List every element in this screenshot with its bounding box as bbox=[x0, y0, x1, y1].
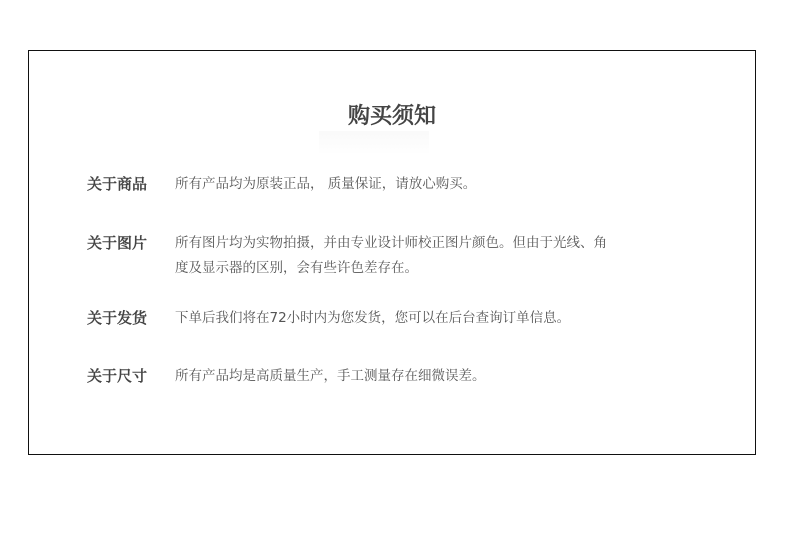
purchase-notice-panel: 购买须知 关于商品 所有产品均为原装正品， 质量保证，请放心购买。 关于图片 所… bbox=[28, 50, 756, 455]
notice-row-label: 关于发货 bbox=[87, 306, 147, 330]
faded-subtitle-watermark bbox=[319, 131, 429, 153]
notice-row-text: 所有产品均是高质量生产，手工测量存在细微误差。 bbox=[175, 364, 615, 389]
notice-title: 购买须知 bbox=[29, 103, 755, 131]
notice-row-text: 所有图片均为实物拍摄，并由专业设计师校正图片颜色。但由于光线、角度及显示器的区别… bbox=[175, 231, 615, 281]
notice-row-label: 关于图片 bbox=[87, 231, 147, 255]
notice-row-label: 关于商品 bbox=[87, 172, 147, 196]
notice-row-label: 关于尺寸 bbox=[87, 364, 147, 388]
notice-row-text: 下单后我们将在72小时内为您发货，您可以在后台查询订单信息。 bbox=[175, 306, 615, 331]
notice-row-text: 所有产品均为原装正品， 质量保证，请放心购买。 bbox=[175, 172, 615, 197]
